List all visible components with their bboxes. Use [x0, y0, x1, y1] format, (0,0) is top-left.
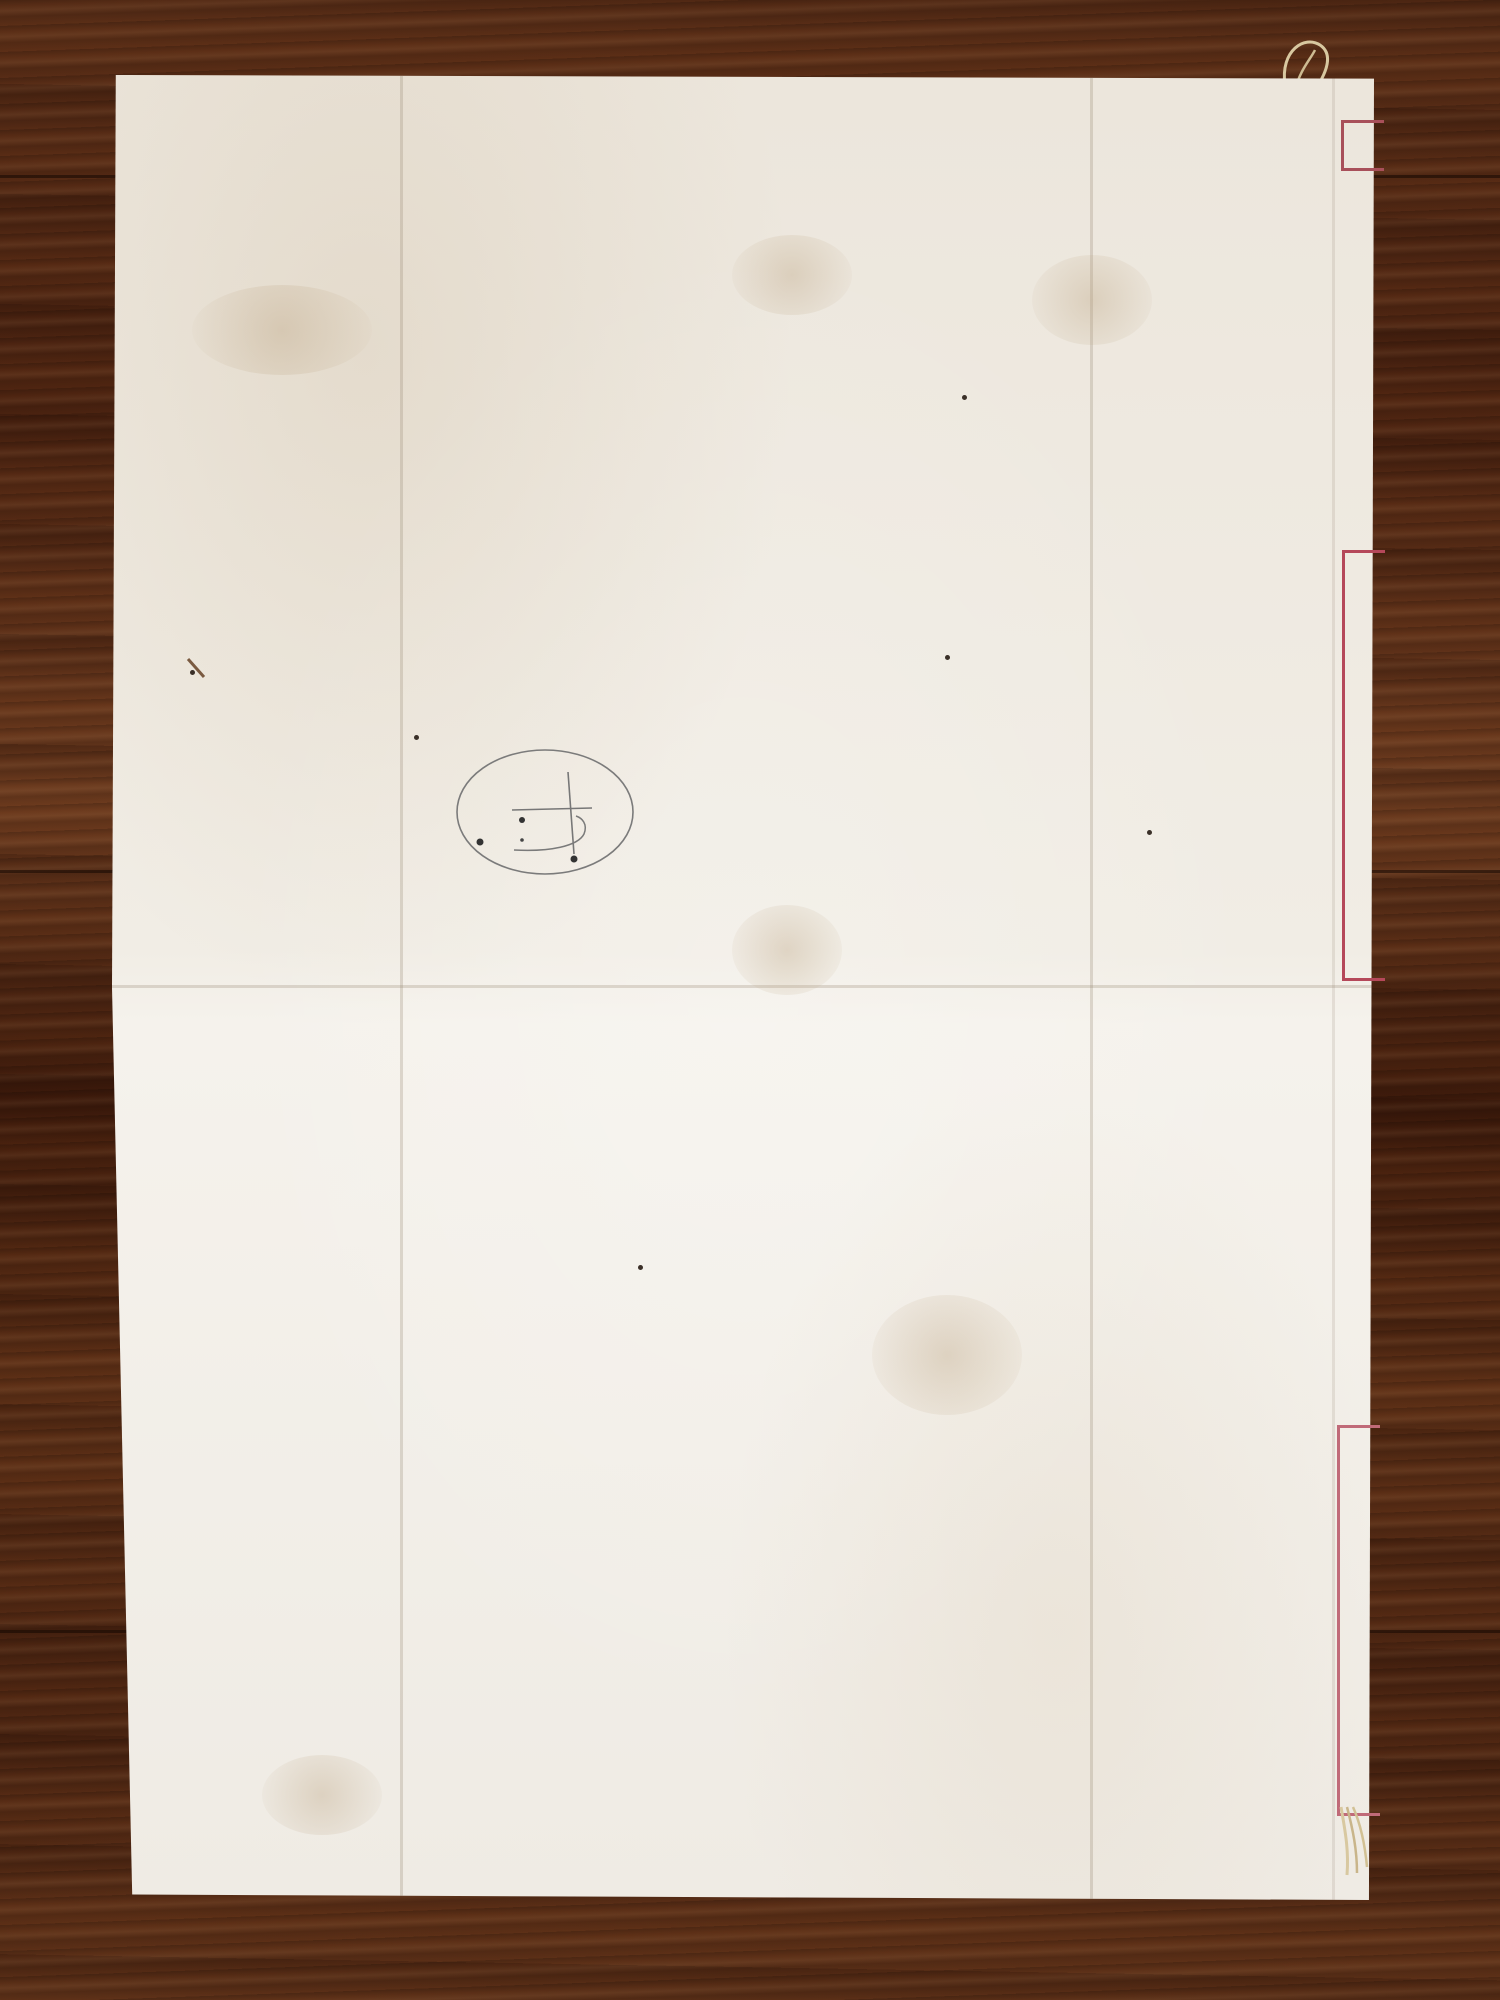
binding-thread-top — [1341, 120, 1384, 171]
loose-thread-bottom — [1335, 1805, 1375, 1880]
paper-stain — [732, 235, 852, 315]
ink-speck — [414, 735, 419, 740]
binding-thread-middle — [1342, 550, 1385, 981]
ink-speck — [638, 1265, 643, 1270]
vertical-fold — [1090, 75, 1093, 1900]
ink-speck — [1147, 830, 1152, 835]
paper-stain — [872, 1295, 1022, 1415]
horizontal-fold — [112, 985, 1374, 988]
stitch-fold — [1332, 75, 1335, 1900]
ink-speck — [962, 395, 967, 400]
vertical-fold — [400, 75, 403, 1900]
binding-thread-bottom — [1337, 1425, 1380, 1816]
pencil-circled-mark — [450, 742, 640, 877]
pencil-stroke — [184, 655, 214, 685]
paper-stain — [732, 905, 842, 995]
paper-stain — [192, 285, 372, 375]
paper-leaf — [112, 75, 1374, 1900]
ink-speck — [945, 655, 950, 660]
paper-stain — [262, 1755, 382, 1835]
paper-stain — [1032, 255, 1152, 345]
